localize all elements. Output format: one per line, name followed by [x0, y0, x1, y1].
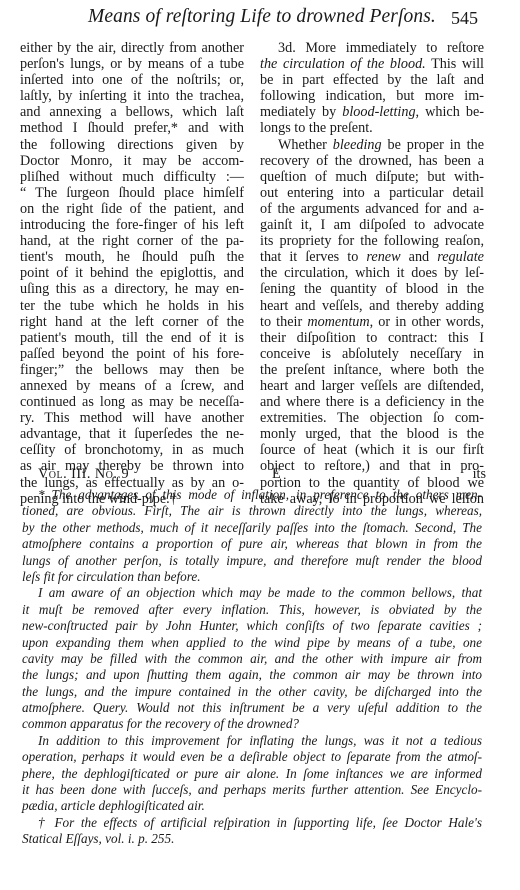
- page-number: 545: [451, 8, 478, 29]
- text-line: their diſpoſition to contract: this I: [260, 330, 484, 346]
- text-line: the preſent inſtance, where both the: [260, 362, 484, 378]
- footnote-line: by the other methods, much of it neceſſa…: [22, 520, 482, 536]
- right-column: 3d. More immediately to reſtore the circ…: [260, 40, 484, 507]
- text-line: queſtion of much diſpute; but with-: [260, 169, 484, 185]
- catchword: its: [473, 466, 486, 483]
- italic-phrase: the circulation of the blood.: [260, 56, 426, 72]
- text-line: following indication, but more im-: [260, 88, 484, 104]
- text-line: its propriety for the following reaſon,: [260, 233, 484, 249]
- text-line: pliſhed without much difficulty :—: [20, 169, 244, 185]
- footnote-line: In addition to this improvement for infl…: [22, 733, 482, 749]
- footnote-line: † For the effects of artificial reſpirat…: [22, 815, 482, 831]
- text-line: and annexing a bellows, which laſt: [20, 104, 244, 120]
- text-line: the circulation, which it does by leſ-: [260, 265, 484, 281]
- text-line: tient's mouth, he ſhould puſh the: [20, 249, 244, 265]
- text-line: the circulation of the blood. This will: [260, 56, 484, 72]
- text-line: and where there is a deficiency in the: [260, 394, 484, 410]
- footnote-line: tioned, are obvious. Firſt, The air is t…: [22, 503, 482, 519]
- signature-mark: E: [272, 466, 281, 483]
- text-line: annexed by means of a ſcrew, and: [20, 378, 244, 394]
- text-line: out entering into a particular detail: [260, 185, 484, 201]
- footnote-line: it muſt be removed after every inflation…: [22, 602, 482, 618]
- text-line: hand, at the right corner of the pa-: [20, 233, 244, 249]
- text-line: Whether bleeding be proper in the: [260, 137, 484, 153]
- footnote-line: common apparatus for the recovery of the…: [22, 716, 482, 732]
- italic-word: blood-letting: [342, 104, 415, 120]
- text-line: right hand at the left corner of the: [20, 314, 244, 330]
- footnote-line: pædia, article dephlogiſticated air.: [22, 798, 482, 814]
- text-line: finger;” the bellows may then be: [20, 362, 244, 378]
- text-line: longs to the preſent.: [260, 120, 484, 136]
- text-line: patient's mouth, till the end of it is: [20, 330, 244, 346]
- italic-word: bleeding: [333, 137, 382, 153]
- text-line: on the right ſide of the patient, and: [20, 201, 244, 217]
- text-line: ter the tube which he holds in his: [20, 298, 244, 314]
- text-line: inſerted into one of the noſtrils; or,: [20, 72, 244, 88]
- text-line: paſſed beyond the point of his fore-: [20, 346, 244, 362]
- text-line: continued as long as may be neceſſa-: [20, 394, 244, 410]
- footnote-line: leſs fit for circulation than before.: [22, 569, 482, 585]
- text-line: recovery of the drowned, has been a: [260, 153, 484, 169]
- footnote-line: the lungs, and the impure contained in t…: [22, 684, 482, 700]
- text-line: either by the air, directly from another: [20, 40, 244, 56]
- footnote-line: lungs of another perſon, is totally impu…: [22, 553, 482, 569]
- footnote-line: cavity may be filled with the common air…: [22, 651, 482, 667]
- text-line: ſening the quantity of blood in the: [260, 281, 484, 297]
- text-line: perſon's lungs, or by means of a tube: [20, 56, 244, 72]
- footnote-line: I am aware of an objection which may be …: [22, 585, 482, 601]
- text-line: “ The ſurgeon ſhould place himſelf: [20, 185, 244, 201]
- footnote-line: phere, the dephlogiſticated or pure air …: [22, 766, 482, 782]
- signature-row: Vol. III. No. 9 E its: [20, 466, 490, 483]
- text-line: be in part effected by the laſt and: [260, 72, 484, 88]
- footnote-line: it has been done with ſucceſs, and perha…: [22, 782, 482, 798]
- text-line: conceive is abſolutely neceſſary in: [260, 346, 484, 362]
- text-line: 3d. More immediately to reſtore: [260, 40, 484, 56]
- running-title: Means of reſtoring Life to drowned Perſo…: [88, 6, 488, 28]
- footnote-line: Statical Eſſays, vol. i. p. 255.: [22, 831, 482, 847]
- italic-word: renew: [366, 249, 400, 265]
- footnote-line: atmoſphere contains a proportion of pure…: [22, 536, 482, 552]
- text-line: heart and veſſels, and thereby adding: [260, 298, 484, 314]
- footnotes: * The advantages of this mode of inflati…: [22, 487, 482, 848]
- footnote-line: the lungs; and upon ſhutting them again,…: [22, 667, 482, 683]
- text-line: gainſt it, I am diſpoſed to advocate: [260, 217, 484, 233]
- footnote-line: upon expanding them when applied to the …: [22, 635, 482, 651]
- text-line: Doctor Monro, it may be accom-: [20, 153, 244, 169]
- text-line: ceſſity of bronchotomy, in as much: [20, 442, 244, 458]
- italic-word: regulate: [437, 249, 484, 265]
- text-line: ry. This method will have another: [20, 410, 244, 426]
- text-line: heart and larger veſſels are diſtended,: [260, 378, 484, 394]
- text-line: ſource of heat (which it is our firſt: [260, 442, 484, 458]
- text-line: to their momentum, or in other words,: [260, 314, 484, 330]
- text-line: point of it behind the epiglottis, and: [20, 265, 244, 281]
- volume-label: Vol. III. No. 9: [38, 466, 129, 483]
- text-line: introducing the fore-finger of his left: [20, 217, 244, 233]
- text-line: of the arguments advanced for and a-: [260, 201, 484, 217]
- text-line: method I ſhould prefer,* and with: [20, 120, 244, 136]
- footnote-line: new-conſtructed pair by John Hunter, whi…: [22, 618, 482, 634]
- scanned-page: Means of reſtoring Life to drowned Perſo…: [0, 0, 520, 890]
- text-line: the following directions given by: [20, 137, 244, 153]
- footnote-line: atmoſphere. Query. Would not this inſtru…: [22, 700, 482, 716]
- left-column: either by the air, directly from another…: [20, 40, 244, 507]
- footnote-line: * The advantages of this mode of inflati…: [22, 487, 482, 503]
- text-line: laſtly, by inſerting it into the trachea…: [20, 88, 244, 104]
- footnote-line: operation, perhaps it would even be a de…: [22, 749, 482, 765]
- text-line: extremities. The objection ſo com-: [260, 410, 484, 426]
- text-line: mediately by blood-letting, which be-: [260, 104, 484, 120]
- italic-word: momentum: [307, 314, 369, 330]
- text-line: advantage, that it ſuperſedes the ne-: [20, 426, 244, 442]
- text-line: monly urged, that the blood is the: [260, 426, 484, 442]
- text-line: that it ſerves to renew and regulate: [260, 249, 484, 265]
- text-line: uſing this as a directory, he may en-: [20, 281, 244, 297]
